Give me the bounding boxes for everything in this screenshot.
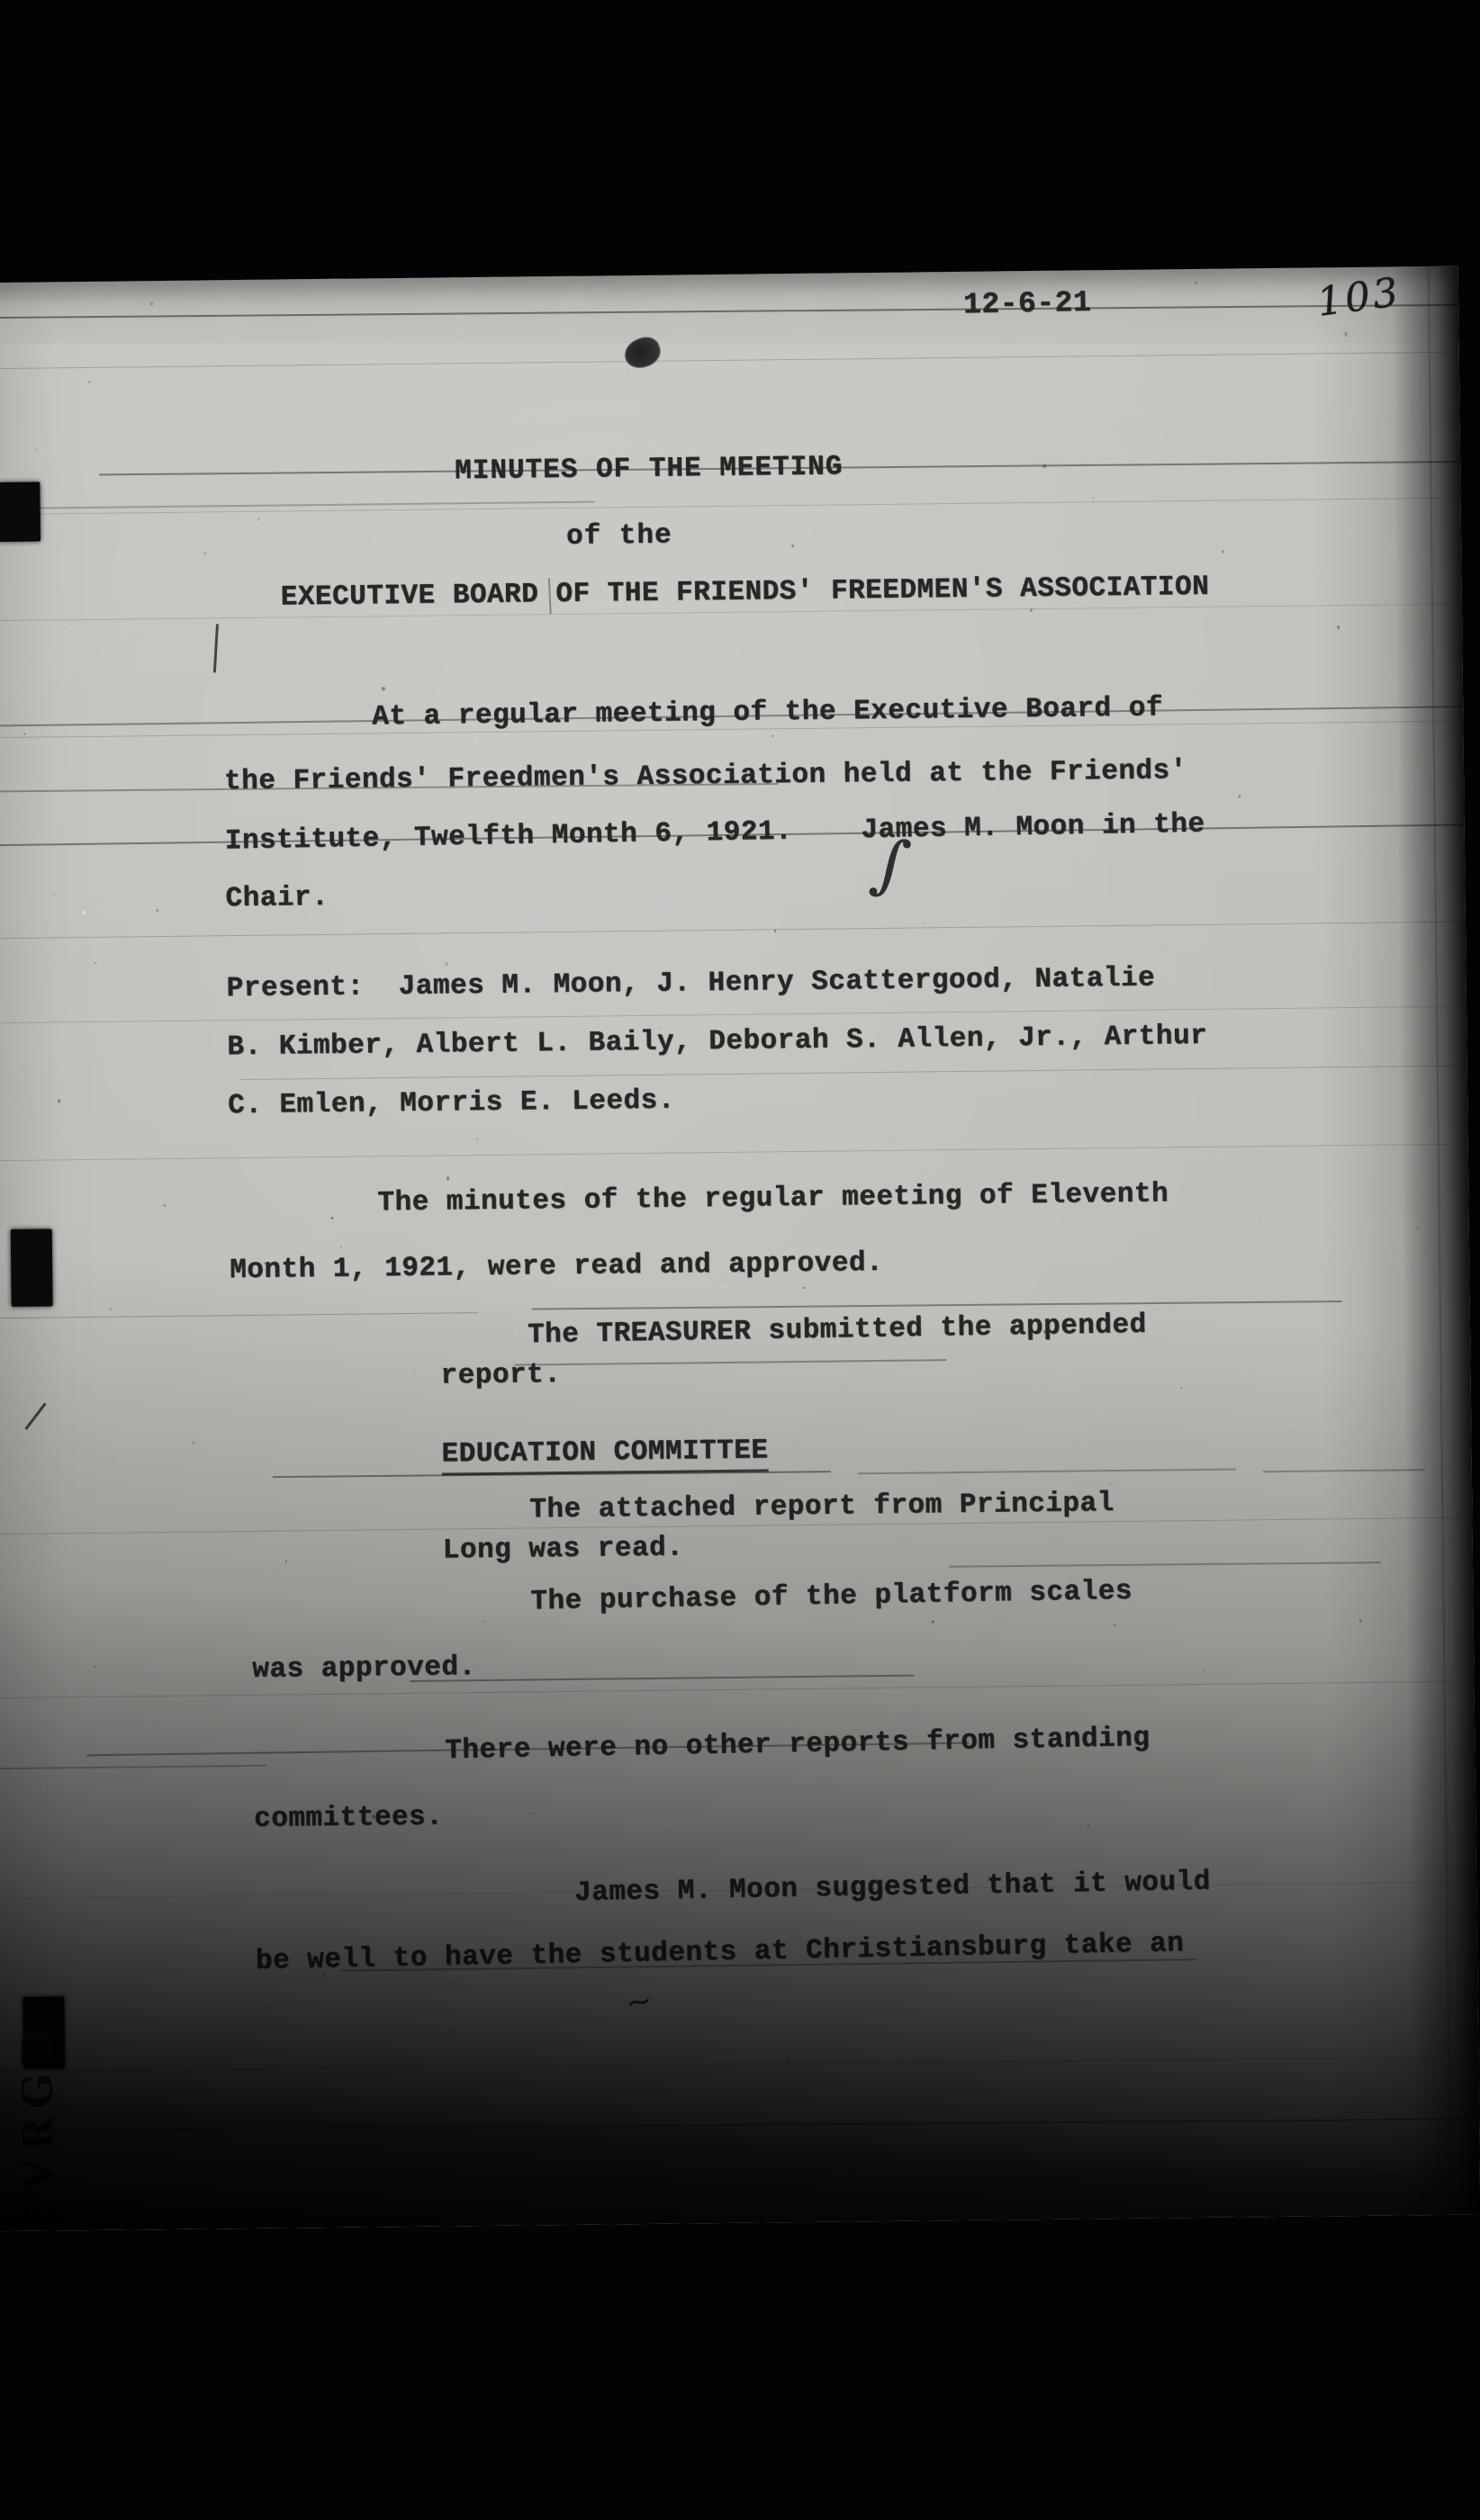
paper-speck (58, 1099, 60, 1102)
body-line-p2-3: C. Emlen, Morris E. Leeds. (228, 1085, 675, 1122)
paper-speck (476, 737, 478, 739)
date-stamp: 12-6-21 (963, 286, 1092, 322)
body-line-p3-2: Month 1, 1921, were read and approved. (230, 1247, 883, 1286)
paper-speck (1292, 1431, 1294, 1434)
paper-speck (309, 922, 311, 924)
paper-speck (827, 1664, 828, 1665)
handwritten-curl-mark: ~ (622, 1982, 655, 2023)
ruled-line (0, 498, 1461, 516)
paper-speck (163, 1204, 166, 1207)
paper-speck (639, 443, 640, 444)
paper-speck (628, 370, 629, 371)
paper-speck (448, 1981, 451, 1984)
ruled-line (410, 1675, 914, 1682)
ruled-line (254, 2174, 1480, 2189)
paper-speck (1180, 1387, 1183, 1389)
paper-speck (925, 922, 925, 923)
paper-speck (298, 820, 299, 821)
paper-speck (1259, 1219, 1260, 1221)
page-edge-line (1428, 266, 1452, 2215)
paper-speck (36, 448, 38, 450)
ruled-line (858, 1469, 1236, 1475)
education-committee-heading: EDUCATION COMMITTEE (441, 1435, 768, 1475)
paper-speck (1344, 333, 1347, 337)
ruled-line (0, 1765, 266, 1770)
body-line-p5-1: The attached report from Principal (529, 1488, 1115, 1525)
ruled-line (949, 1561, 1381, 1568)
body-line-p6-1: The purchase of the platform scales (530, 1576, 1133, 1618)
paper-speck (1238, 795, 1241, 798)
ruled-line (532, 1300, 1342, 1310)
paper-speck (787, 2058, 790, 2062)
body-line-p1-1: At a regular meeting of the Executive Bo… (372, 692, 1163, 733)
paper-speck (110, 1308, 113, 1309)
body-line-p4-1: The TREASURER submitted the appended (528, 1309, 1147, 1351)
paper-speck (932, 1620, 934, 1623)
paper-speck (257, 518, 260, 521)
body-line-p6-2: was approved. (252, 1651, 476, 1686)
paper-speck (791, 544, 794, 547)
paper-speck (1338, 625, 1340, 629)
paper-speck (815, 283, 816, 284)
body-line-p4-2: report. (440, 1359, 561, 1392)
paper-speck (1422, 921, 1424, 922)
paper-speck (1114, 1624, 1116, 1627)
body-line-p2-2: B. Kimber, Albert L. Baily, Deborah S. A… (227, 1021, 1207, 1063)
paper-speck (825, 1120, 826, 1120)
paper-speck (711, 2177, 713, 2180)
paper-speck (340, 1246, 342, 1248)
body-line-p5-2: Long was read. (443, 1532, 684, 1566)
paper-speck (529, 1812, 532, 1814)
body-line-p2-1: Present: James M. Moon, J. Henry Scatter… (226, 963, 1155, 1005)
paper-speck (665, 1829, 667, 1831)
paper-speck (889, 1140, 890, 1142)
title-line-1: MINUTES OF THE MEETING (455, 451, 844, 487)
paper-speck (850, 1840, 853, 1842)
paper-speck (192, 1442, 194, 1444)
paper-speck (1359, 1619, 1362, 1622)
body-line-p3-1: The minutes of the regular meeting of El… (377, 1178, 1169, 1219)
body-line-p8-1: James M. Moon suggested that it would (574, 1867, 1211, 1909)
scratch-mark (213, 624, 219, 672)
paper-speck (53, 894, 55, 895)
paper-speck (268, 2007, 270, 2009)
title-line-3: EXECUTIVE BOARD OF THE FRIENDS' FREEDMEN… (281, 571, 1210, 614)
ruled-line (241, 1066, 1467, 1080)
paper-speck (1109, 1483, 1111, 1485)
paper-speck (1195, 282, 1196, 284)
paper-speck (1392, 1802, 1394, 1804)
paper-speck (803, 1287, 806, 1289)
body-line-p7-1: There were no other reports from standin… (445, 1723, 1151, 1767)
body-line-p7-2: committees. (254, 1802, 444, 1835)
paper-speck (1320, 355, 1321, 356)
document-page: 12-6-21 103 MINUTES OF THE MEETING of th… (0, 266, 1480, 2232)
paper-speck (1069, 2061, 1071, 2063)
ruled-line (0, 1312, 478, 1318)
paper-speck (190, 2128, 192, 2129)
paper-speck (1112, 350, 1113, 351)
paper-speck (1416, 1227, 1419, 1230)
edge-tab-mark (11, 1228, 53, 1307)
ruled-line (0, 501, 595, 510)
paper-speck (1043, 464, 1046, 468)
body-line-p1-3: Institute, Twelfth Month 6, 1921. James … (225, 809, 1205, 858)
paper-speck (331, 1217, 333, 1219)
ruled-line (0, 1006, 1466, 1024)
paper-speck (1165, 949, 1167, 950)
paper-speck (1060, 961, 1060, 962)
paper-speck (446, 963, 447, 967)
paper-speck (1403, 1410, 1405, 1411)
ruled-line (0, 2118, 1479, 2131)
ruled-line (1263, 1469, 1425, 1472)
ruled-line (0, 304, 1458, 319)
paper-speck (484, 1621, 486, 1623)
paper-speck (772, 734, 773, 737)
body-line-p8-2: be well to have the students at Christia… (256, 1928, 1185, 1977)
paper-speck (1334, 2095, 1336, 2097)
scratch-mark (24, 1402, 46, 1429)
film-edge-code: 5VRGD (13, 2020, 64, 2228)
paper-speck (1127, 1441, 1128, 1442)
paper-speck (285, 1560, 287, 1562)
scanned-page-background: 12-6-21 103 MINUTES OF THE MEETING of th… (0, 0, 1480, 2520)
paper-speck (1092, 497, 1094, 499)
paper-speck (47, 1786, 49, 1788)
paper-speck (70, 628, 73, 630)
ruled-line (0, 352, 1459, 370)
paper-speck (382, 688, 384, 690)
paper-speck (1403, 1759, 1404, 1760)
ruled-line (0, 922, 1466, 940)
ink-blot (621, 333, 664, 372)
title-line-2: of the (566, 520, 672, 553)
paper-speck (1029, 608, 1032, 612)
paper-speck (29, 1786, 31, 1788)
ruled-line (0, 2056, 1478, 2072)
ruled-line (0, 1681, 1475, 1699)
paper-speck (1203, 1669, 1205, 1671)
paper-speck (890, 1007, 891, 1008)
paper-speck (1172, 450, 1173, 451)
paper-speck (1222, 551, 1224, 553)
paper-speck (203, 552, 206, 554)
paper-speck (834, 1120, 835, 1121)
paper-speck (941, 319, 942, 320)
paper-speck (774, 929, 777, 932)
paper-speck (249, 705, 250, 706)
paper-speck (476, 1138, 479, 1139)
paper-speck (1440, 1207, 1442, 1209)
paper-speck (722, 1286, 723, 1287)
body-line-p1-2: the Friends' Freedmen's Association held… (224, 755, 1187, 797)
body-line-p1-4: Chair. (225, 882, 329, 914)
paper-speck (504, 526, 505, 527)
ruled-line (0, 1144, 1468, 1162)
page-number: 103 (1314, 269, 1403, 326)
paper-speck (1151, 2082, 1151, 2083)
paper-speck (447, 1176, 449, 1181)
paper-speck (197, 897, 198, 898)
paper-speck (150, 302, 152, 305)
paper-speck (157, 909, 158, 912)
paper-speck (850, 2175, 853, 2179)
ruled-line (514, 1359, 946, 1365)
paper-speck (94, 1666, 95, 1668)
edge-tab-mark (0, 482, 41, 543)
paper-speck (88, 381, 91, 383)
paper-speck (412, 1371, 415, 1372)
paper-speck (95, 962, 96, 964)
paper-speck (455, 2030, 456, 2032)
paper-speck (515, 1332, 518, 1335)
paper-speck (285, 2135, 286, 2136)
paper-speck (397, 1147, 398, 1147)
paper-speck (423, 2095, 426, 2100)
paper-speck (82, 911, 85, 914)
paper-speck (933, 538, 934, 540)
paper-speck (1087, 1823, 1089, 1827)
paper-speck (853, 330, 854, 332)
paper-speck (644, 740, 645, 742)
paper-speck (24, 733, 26, 735)
